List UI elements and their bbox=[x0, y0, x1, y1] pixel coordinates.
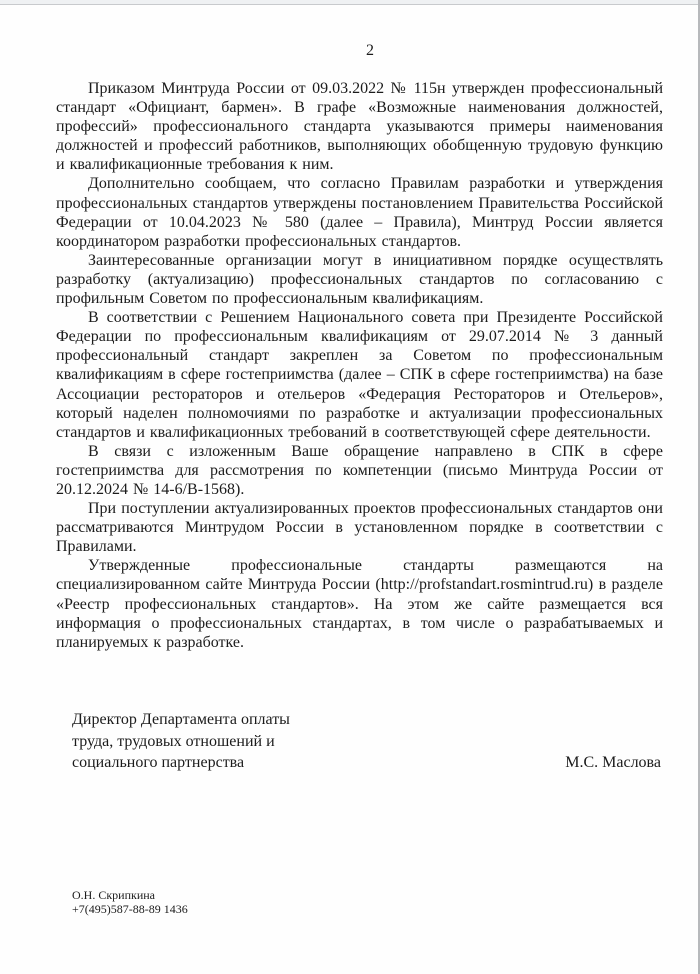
page-content: 2 Приказом Минтруда России от 09.03.2022… bbox=[56, 41, 663, 917]
paragraph-national-council-decision: В соответствии с Решением Национального … bbox=[56, 308, 663, 442]
executor-name: О.Н. Скрипкина bbox=[72, 888, 663, 903]
paragraph-registry-site: Утвержденные профессиональные стандарты … bbox=[56, 556, 663, 651]
signer-position: Директор Департамента оплаты труда, труд… bbox=[72, 709, 290, 774]
paragraph-request-forwarded: В связи с изложенным Ваше обращение напр… bbox=[56, 442, 663, 499]
page-number: 2 bbox=[56, 41, 684, 60]
executor-block: О.Н. Скрипкина +7(495)587-88-89 1436 bbox=[72, 888, 663, 917]
signer-position-line-3: социального партнерства bbox=[72, 752, 290, 774]
signer-position-line-1: Директор Департамента оплаты bbox=[72, 709, 290, 731]
executor-phone: +7(495)587-88-89 1436 bbox=[72, 902, 663, 917]
signature-block: Директор Департамента оплаты труда, труд… bbox=[72, 709, 663, 774]
document-page: 2 Приказом Минтруда России от 09.03.2022… bbox=[0, 0, 700, 974]
paragraph-order-115n: Приказом Минтруда России от 09.03.2022 №… bbox=[56, 79, 663, 174]
scan-top-edge bbox=[0, 0, 698, 5]
paragraph-rules-580: Дополнительно сообщаем, что согласно Пра… bbox=[56, 174, 663, 250]
paragraph-updated-drafts: При поступлении актуализированных проект… bbox=[56, 499, 663, 556]
signer-name: М.С. Маслова bbox=[565, 752, 663, 774]
paragraph-interested-organizations: Заинтересованные организации могут в ини… bbox=[56, 251, 663, 308]
signer-position-line-2: труда, трудовых отношений и bbox=[72, 731, 290, 753]
letter-body: Приказом Минтруда России от 09.03.2022 №… bbox=[56, 79, 663, 652]
